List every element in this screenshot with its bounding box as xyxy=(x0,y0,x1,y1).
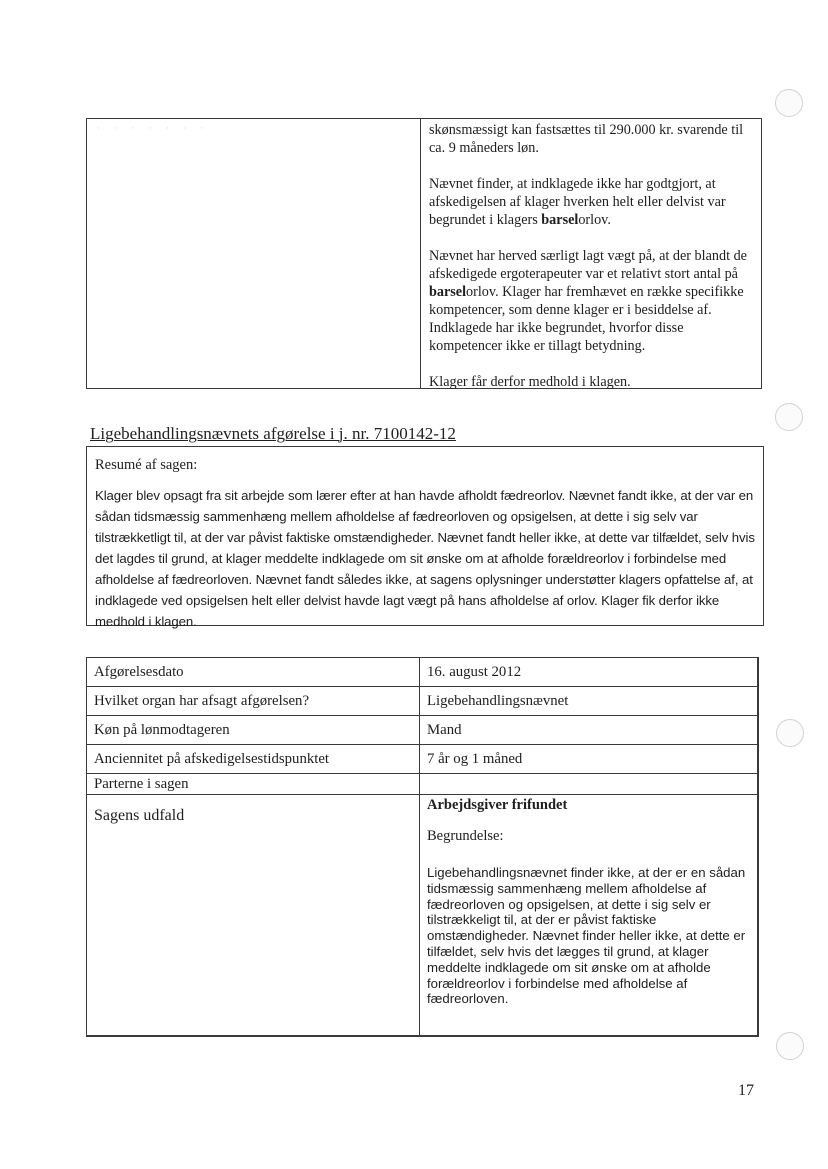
case-facts-table: Afgørelsesdato 16. august 2012 Hvilket o… xyxy=(86,657,759,1037)
fact-label: Anciennitet på afskedigelsestidspunktet xyxy=(87,745,420,774)
previous-case-reasoning: skønsmæssigt kan fastsættes til 290.000 … xyxy=(429,121,759,391)
previous-case-table: · · · · · · · skønsmæssigt kan fastsætte… xyxy=(86,118,762,389)
facts-row-outcome: Sagens udfald Arbejdsgiver frifundet Beg… xyxy=(87,795,757,1036)
bold-term: barsel xyxy=(429,284,466,300)
case-heading: Ligebehandlingsnævnets afgørelse i j. nr… xyxy=(90,424,456,444)
text-fragment: Klager får derfor medhold i klagen. xyxy=(429,374,631,390)
reasoning-paragraph: Nævnet finder, at indklagede ikke har go… xyxy=(429,175,759,229)
text-fragment: orlov. xyxy=(578,212,611,228)
reasoning-paragraph: Nævnet har herved særligt lagt vægt på, … xyxy=(429,247,759,355)
text-fragment: Nævnet har herved særligt lagt vægt på, … xyxy=(429,248,747,282)
text-fragment: orlov. Klager har fremhævet en række spe… xyxy=(429,284,744,354)
facts-row-gender: Køn på lønmodtageren Mand xyxy=(87,716,757,745)
outcome-reason: Ligebehandlingsnævnet finder ikke, at de… xyxy=(427,865,757,1025)
facts-row-decision-date: Afgørelsesdato 16. august 2012 xyxy=(87,658,757,687)
fact-label: Parterne i sagen xyxy=(87,774,420,795)
text-fragment: skønsmæssigt kan fastsættes til 290.000 … xyxy=(429,122,743,156)
bold-term: barsel xyxy=(541,212,578,228)
reasoning-paragraph: skønsmæssigt kan fastsættes til 290.000 … xyxy=(429,121,759,157)
outcome-verdict: Arbejdsgiver frifundet xyxy=(427,797,757,814)
fact-value: 16. august 2012 xyxy=(420,658,758,687)
reasoning-paragraph: Klager får derfor medhold i klagen. xyxy=(429,373,759,391)
summary-text: Klager blev opsagt fra sit arbejde som l… xyxy=(95,485,761,632)
summary-label: Resumé af sagen: xyxy=(95,457,197,474)
fact-label: Hvilket organ har afsagt afgørelsen? xyxy=(87,687,420,716)
facts-row-seniority: Anciennitet på afskedigelsestidspunktet … xyxy=(87,745,757,774)
outcome-cell: Arbejdsgiver frifundet Begrundelse: Lige… xyxy=(420,795,758,1036)
fact-value: Mand xyxy=(420,716,758,745)
page-number: 17 xyxy=(738,1082,754,1100)
case-summary-box: Resumé af sagen: Klager blev opsagt fra … xyxy=(86,446,764,626)
faint-scan-text: · · · · · · · xyxy=(97,123,209,133)
fact-label: Køn på lønmodtageren xyxy=(87,716,420,745)
outcome-label-cell: Sagens udfald xyxy=(87,795,420,1036)
punch-hole-icon xyxy=(775,89,803,117)
column-divider xyxy=(420,119,421,388)
fact-value xyxy=(420,774,758,795)
facts-row-authority: Hvilket organ har afsagt afgørelsen? Lig… xyxy=(87,687,757,716)
punch-hole-icon xyxy=(776,719,804,747)
punch-hole-icon xyxy=(775,403,803,431)
fact-value: Ligebehandlingsnævnet xyxy=(420,687,758,716)
facts-row-parties: Parterne i sagen xyxy=(87,774,757,795)
fact-value: 7 år og 1 måned xyxy=(420,745,758,774)
outcome-label: Sagens udfald xyxy=(94,795,419,825)
fact-label: Afgørelsesdato xyxy=(87,658,420,687)
punch-hole-icon xyxy=(776,1032,804,1060)
outcome-reason-label: Begrundelse: xyxy=(427,828,757,845)
